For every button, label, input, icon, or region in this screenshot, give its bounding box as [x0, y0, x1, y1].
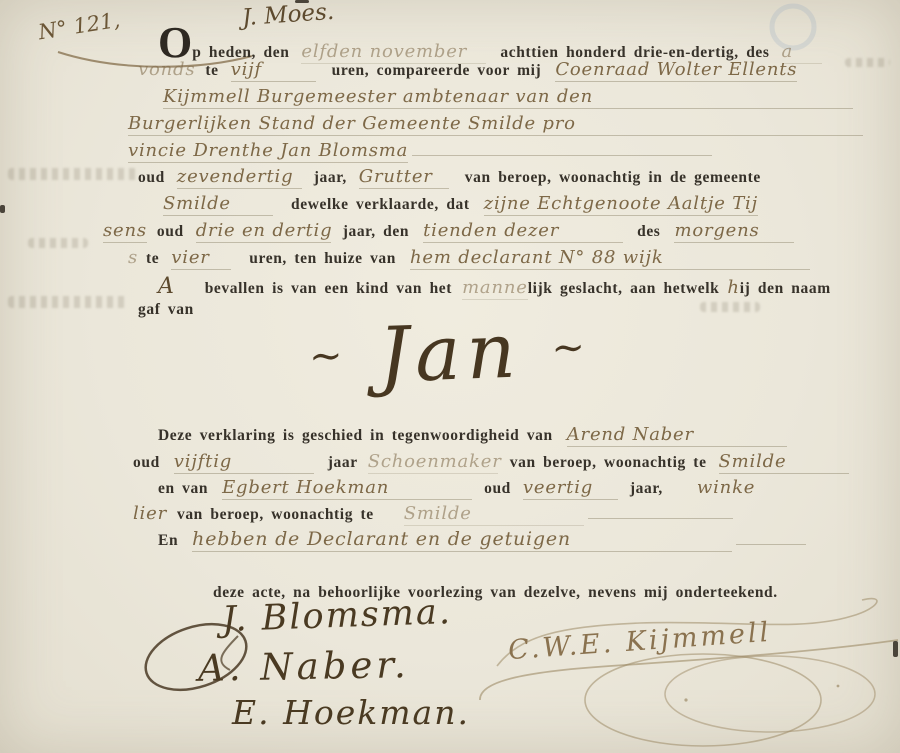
signature-hoekman: E. Hoekman.	[232, 693, 470, 732]
printed-text: Deze verklaring is geschied in tegenwoor…	[158, 427, 553, 444]
printed-text: oud	[133, 454, 160, 471]
edge-speck	[0, 205, 5, 213]
handwritten-text: drie en dertig	[196, 220, 331, 243]
handwritten-text: Burgerlijken Stand der Gemeente Smilde p…	[128, 113, 863, 136]
printed-text: lijk geslacht, aan hetwelk	[528, 280, 720, 297]
printed-text: des	[637, 223, 660, 240]
printed-text: oud	[157, 223, 184, 240]
handwritten-text: veertig	[523, 477, 618, 500]
handwritten-text: Egbert Hoekman	[222, 477, 472, 500]
body-line-4: Burgerlijken Stand der Gemeente Smilde p…	[128, 113, 863, 136]
act-number: N° 121,	[37, 8, 122, 45]
printed-text: jaar	[328, 454, 358, 471]
handwritten-text: Smilde	[719, 451, 849, 474]
bleed-through-mark	[845, 58, 890, 67]
body-line-13: oud vijftig jaar Schoenmaker van beroep,…	[133, 451, 849, 474]
printed-text: jaar, den	[343, 223, 409, 240]
handwritten-text: vijftig	[174, 451, 314, 474]
signature-kijmmell: C.W.E. Kijmmell	[507, 617, 772, 666]
handwritten-text: zijne Echtgenoote Aaltje Tij	[484, 193, 758, 216]
body-line-8: sens oud drie en dertig jaar, den tiende…	[103, 220, 794, 243]
printed-text: te	[146, 250, 159, 267]
blank-rule	[736, 530, 806, 545]
handwritten-text: Smilde	[404, 503, 584, 526]
handwritten-text: tienden dezer	[423, 220, 623, 243]
body-line-12: Deze verklaring is geschied in tegenwoor…	[158, 424, 787, 447]
handwritten-text: Grutter	[359, 166, 449, 189]
body-line-16: En hebben de Declarant en de getuigen	[158, 528, 806, 552]
handwritten-text: manne	[462, 277, 528, 300]
handwritten-text: winke	[697, 477, 755, 498]
body-line-5: vincie Drenthe Jan Blomsma	[128, 140, 712, 163]
child-given-name: ~ Jan ~	[169, 298, 732, 406]
bleed-through-mark	[8, 296, 128, 308]
handwritten-text: Smilde	[163, 193, 273, 216]
body-line-2: vonds te vijf uren, compareerde voor mij…	[138, 59, 797, 82]
printed-text: ij den naam	[740, 280, 831, 297]
handwritten-text: hem declarant N° 88 wijk	[410, 247, 810, 270]
blank-rule	[412, 141, 712, 156]
handwritten-text: Arend Naber	[567, 424, 787, 447]
handwritten-text: vier	[171, 247, 231, 270]
body-line-6: oud zevendertig jaar, Grutter van beroep…	[138, 166, 761, 189]
handwritten-text: Kijmmell Burgemeester ambtenaar van den	[163, 86, 853, 109]
printed-text: en van	[158, 480, 208, 497]
name-swash-right: ~	[551, 324, 592, 371]
handwritten-text: s	[128, 247, 138, 268]
handwritten-text: vijf	[231, 59, 316, 82]
kijmmell-flourish	[480, 599, 898, 746]
handwritten-text: lier	[133, 503, 167, 524]
printed-text: gaf van	[138, 301, 194, 318]
handwritten-text: A	[158, 274, 175, 299]
printed-text: uren, compareerde voor mij	[332, 62, 542, 79]
handwritten-text: Schoenmaker	[368, 451, 498, 474]
printed-text: jaar,	[314, 169, 347, 186]
bleed-through-mark	[8, 168, 138, 180]
body-line-14: en van Egbert Hoekman oud veertig jaar, …	[158, 477, 755, 500]
printed-text: van beroep, woonachtig in de gemeente	[465, 169, 761, 186]
name-text: Jan	[377, 306, 523, 400]
bleed-through-mark	[28, 238, 88, 248]
printed-text: uren, ten huize van	[249, 250, 396, 267]
printed-text: van beroep, woonachtig te	[510, 454, 707, 471]
body-line-7: Smilde dewelke verklaarde, dat zijne Ech…	[163, 193, 758, 216]
body-line-10: A bevallen is van een kind van het manne…	[158, 274, 831, 300]
handwritten-text: morgens	[674, 220, 794, 243]
printed-text: van beroep, woonachtig te	[177, 506, 374, 523]
edge-speck	[893, 641, 898, 657]
printed-text: oud	[138, 169, 165, 186]
handwritten-text: h	[727, 277, 739, 298]
printed-text: jaar,	[630, 480, 663, 497]
signature-blomsma: J. Blomsma.	[221, 592, 452, 640]
printed-text: dewelke verklaarde, dat	[291, 196, 470, 213]
handwritten-text: vonds	[138, 59, 195, 80]
clerk-annotation: J. Moes.	[241, 0, 335, 31]
birth-certificate-document: N° 121, J. Moes. Op heden, den elfden no…	[0, 0, 900, 753]
signature-naber: A. Naber.	[198, 643, 410, 690]
handwritten-text: hebben de Declarant en de getuigen	[192, 528, 732, 552]
printed-text: te	[205, 62, 218, 79]
handwritten-text: vincie Drenthe Jan Blomsma	[128, 140, 408, 163]
handwritten-text: Coenraad Wolter Ellents	[555, 59, 797, 82]
name-swash-left: ~	[308, 333, 349, 380]
blank-rule	[588, 504, 733, 519]
printed-text: En	[158, 532, 178, 549]
printed-text: oud	[484, 480, 511, 497]
handwritten-text: zevendertig	[177, 166, 302, 189]
printed-text: bevallen is van een kind van het	[205, 280, 452, 297]
body-line-9: s te vier uren, ten huize van hem declar…	[128, 247, 810, 270]
body-line-3: Kijmmell Burgemeester ambtenaar van den	[163, 86, 853, 109]
body-line-15: lier van beroep, woonachtig te Smilde	[133, 503, 733, 526]
handwritten-text: sens	[103, 220, 147, 243]
